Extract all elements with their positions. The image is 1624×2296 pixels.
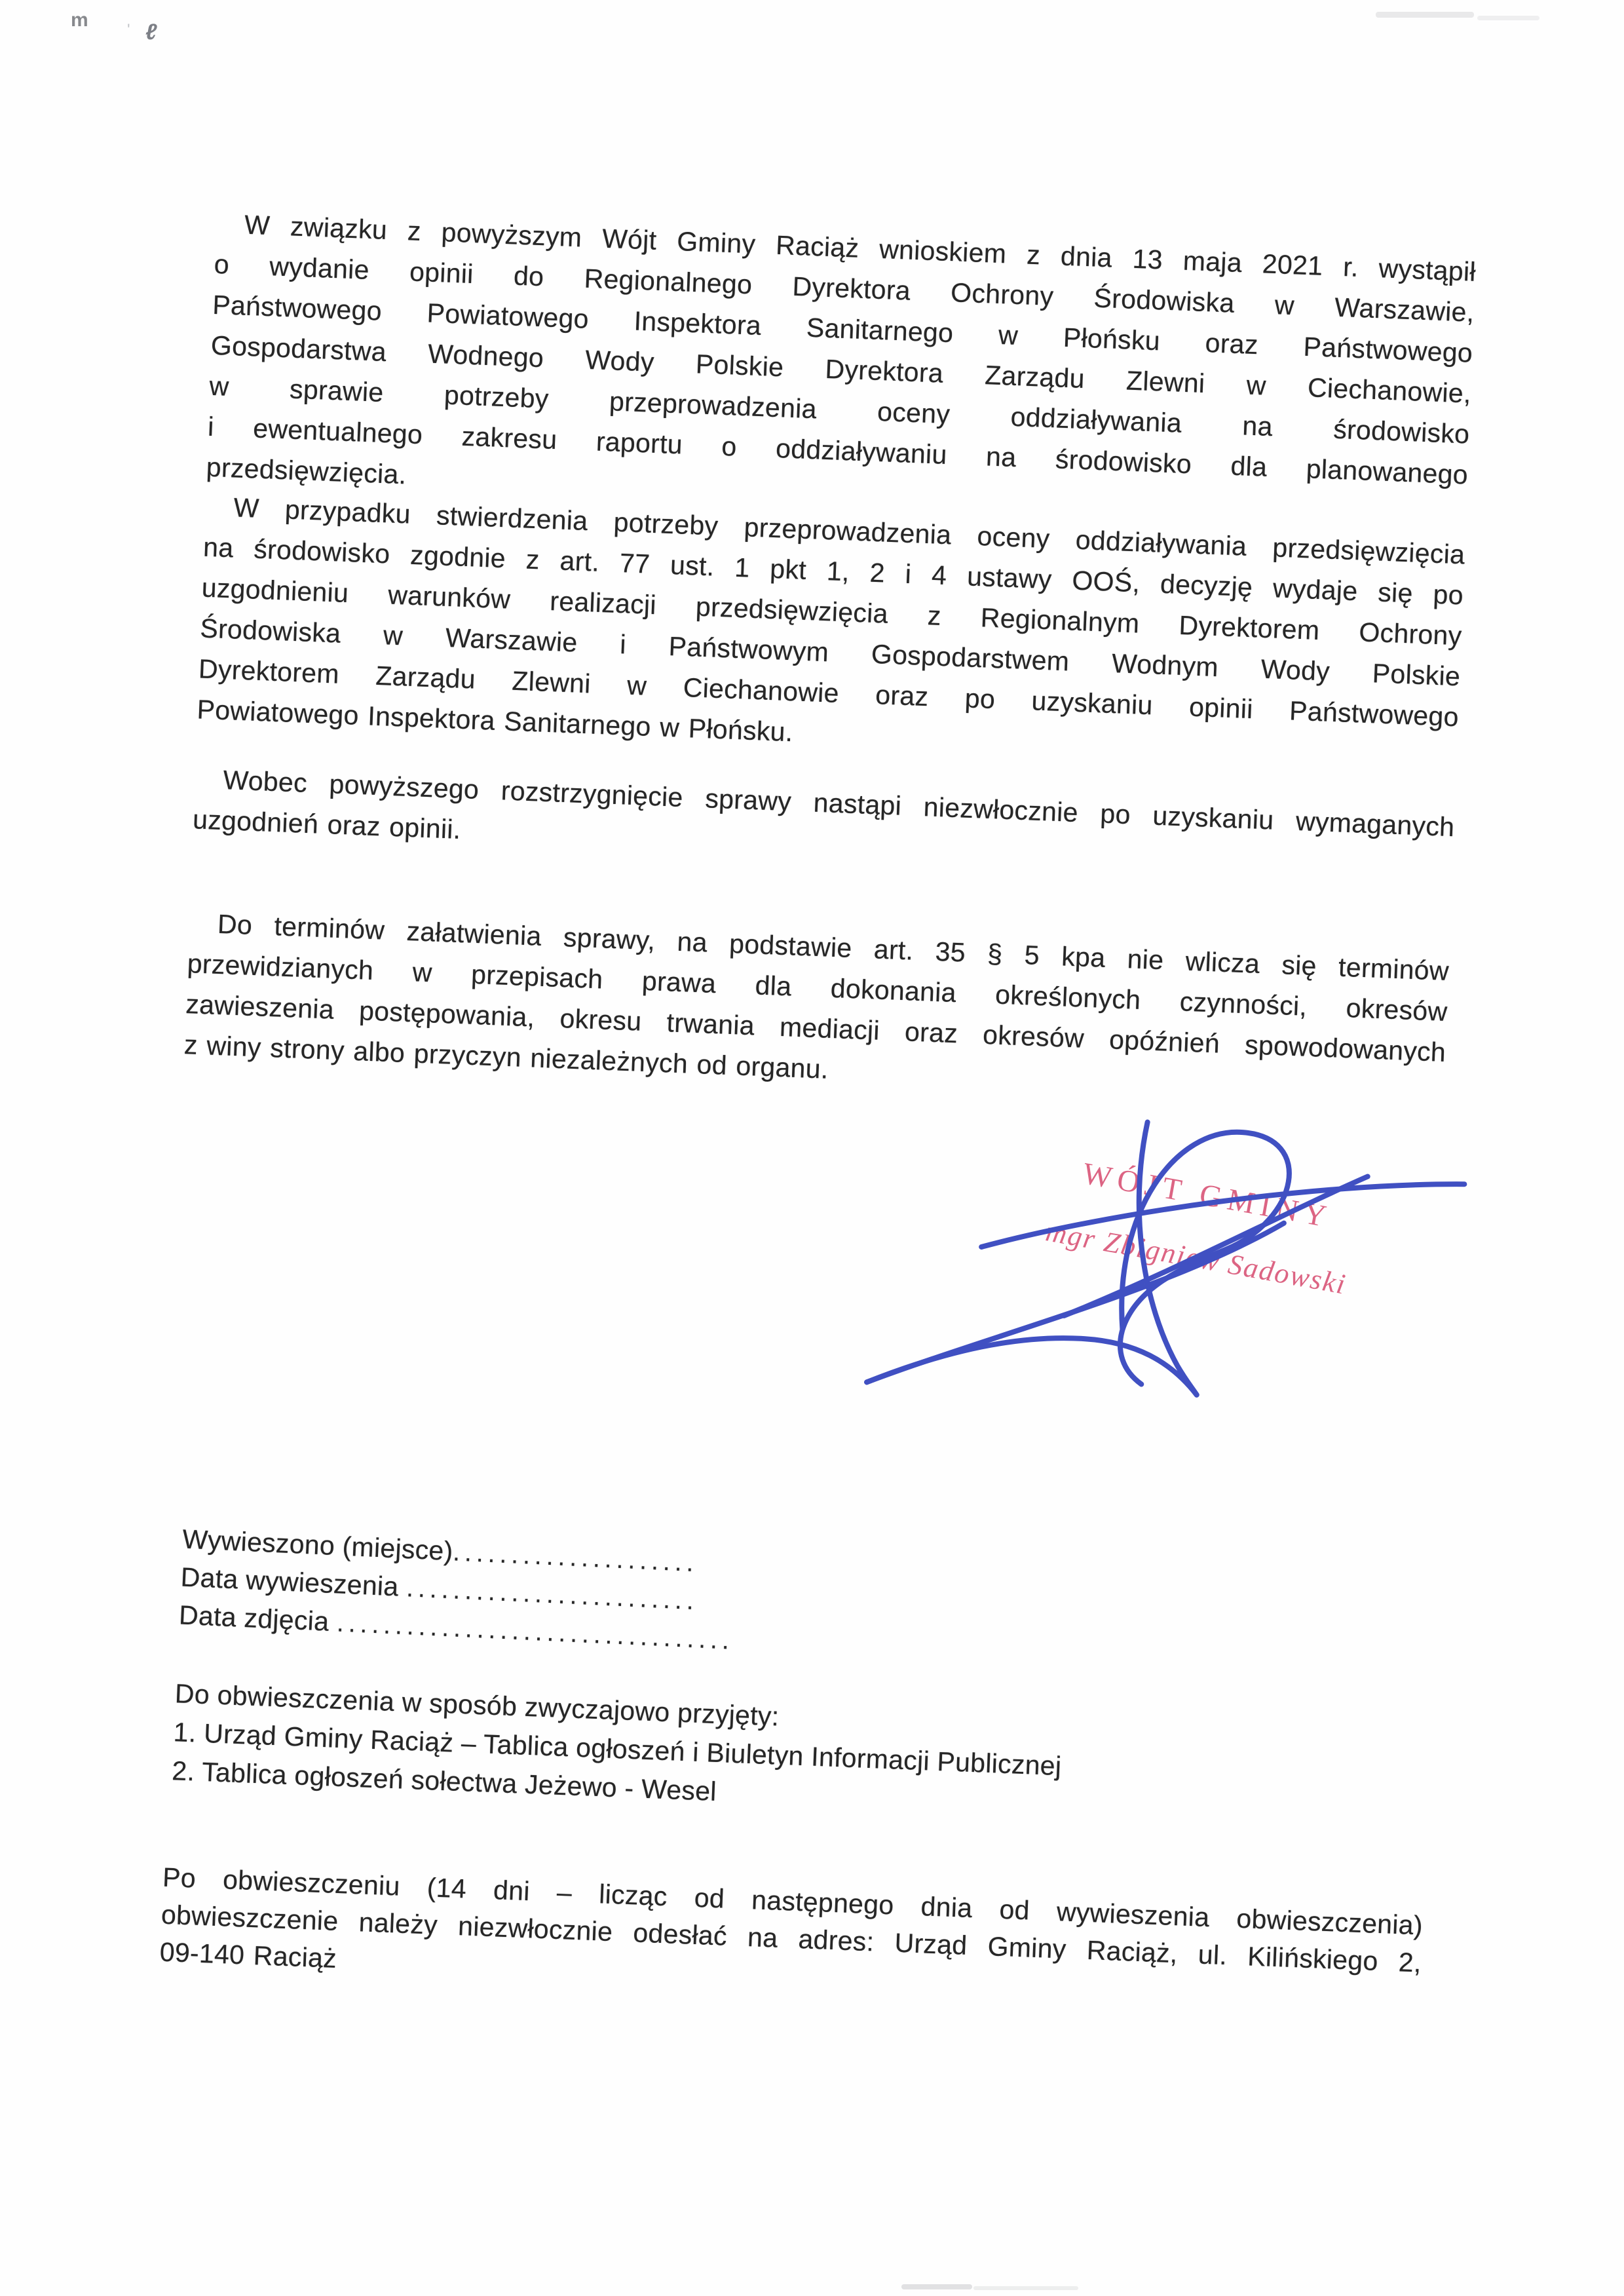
return-instruction: Po obwieszczeniu (14 dni – licząc od nas…: [159, 1859, 1424, 2019]
scan-smudge: [1477, 16, 1539, 20]
paragraph-resolution-timing: Wobec powyższego rozstrzygnięcie sprawy …: [192, 758, 1455, 888]
paragraph-deadline-rules: Do terminów załatwienia sprawy, na podst…: [183, 902, 1450, 1113]
handwritten-signature: [812, 1102, 1478, 1422]
paragraph-eia-conditions: W przypadku stwierdzenia potrzeby przepr…: [197, 486, 1466, 778]
scan-artifact-mark: ℓ: [145, 20, 157, 45]
scan-content: W związku z powyższym Wójt Gminy Raciąż …: [108, 176, 1513, 2191]
scanned-document-page: { "colors":{ "text":"#262626", "stamp":"…: [0, 0, 1624, 2296]
scan-smudge: [901, 2284, 972, 2289]
dotted-leader: .....................: [453, 1538, 699, 1577]
posting-record: Wywieszono (miejsce)....................…: [178, 1521, 738, 1660]
announcement-method: Do obwieszczenia w sposób zwyczajowo prz…: [171, 1674, 1063, 1824]
signature-ink: [812, 1102, 1478, 1422]
scan-artifact-mark: ': [127, 21, 130, 39]
document-page: m ' ℓ W związku z powyższym Wójt Gminy R…: [0, 0, 1624, 2296]
removal-date-label: Data zdjęcia: [178, 1599, 330, 1636]
scan-smudge: [973, 2286, 1078, 2290]
posting-date-label: Data wywieszenia: [180, 1561, 400, 1601]
scan-artifact-mark: m: [71, 9, 88, 31]
paragraph-request-for-opinions: W związku z powyższym Wójt Gminy Raciąż …: [206, 203, 1477, 536]
scan-smudge: [1376, 12, 1474, 18]
